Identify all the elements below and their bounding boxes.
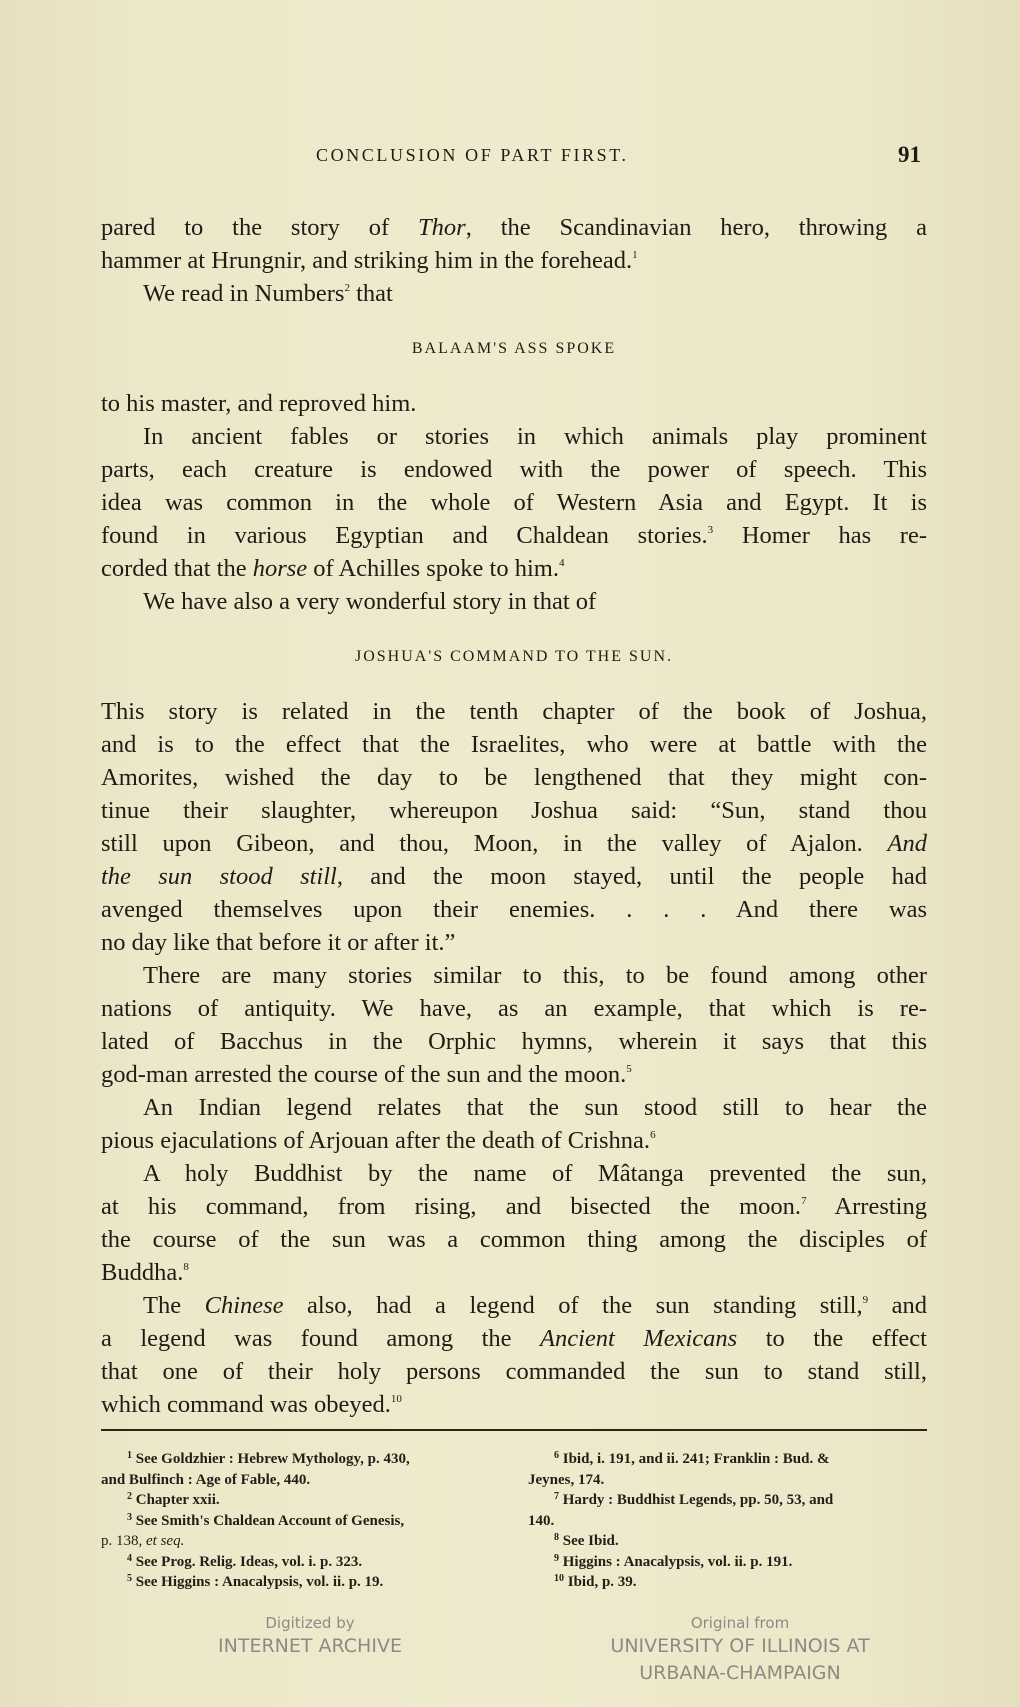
footnote-7: 7 Hardy : Buddhist Legends, pp. 50, 53, … bbox=[528, 1490, 927, 1511]
text-line: which command was obeyed.10 bbox=[101, 1388, 927, 1421]
footnote-ref: 8 bbox=[183, 1261, 189, 1273]
text-line: god-man arrested the course of the sun a… bbox=[101, 1058, 927, 1091]
text-line: still upon Gibeon, and thou, Moon, in th… bbox=[101, 827, 927, 860]
section-heading-balaam: BALAAM'S ASS SPOKE bbox=[101, 332, 927, 365]
text-line: to his master, and reproved him. bbox=[101, 387, 927, 420]
text-line: nations of antiquity. We have, as an exa… bbox=[101, 992, 927, 1025]
text-line: There are many stories similar to this, … bbox=[101, 959, 927, 992]
footnote-ref: 4 bbox=[559, 557, 565, 569]
text-line: at his command, from rising, and bisecte… bbox=[101, 1190, 927, 1223]
footnote-divider bbox=[101, 1429, 927, 1431]
text-line: no day like that before it or after it.” bbox=[101, 926, 927, 959]
footnote-ref: 1 bbox=[632, 249, 638, 261]
text-line: A holy Buddhist by the name of Mâtanga p… bbox=[101, 1157, 927, 1190]
footnote-6: 6 Ibid, i. 191, and ii. 241; Franklin : … bbox=[528, 1449, 927, 1470]
text-line: hammer at Hrungnir, and striking him in … bbox=[101, 244, 927, 277]
text-line: parts, each creature is endowed with the… bbox=[101, 453, 927, 486]
text-line: found in various Egyptian and Chaldean s… bbox=[101, 519, 927, 552]
text-line: corded that the horse of Achilles spoke … bbox=[101, 552, 927, 585]
running-title: CONCLUSION OF PART FIRST. bbox=[316, 145, 629, 166]
text-line: In ancient fables or stories in which an… bbox=[101, 420, 927, 453]
text-line: pious ejaculations of Arjouan after the … bbox=[101, 1124, 927, 1157]
footnote-ref: 5 bbox=[626, 1063, 632, 1075]
text-line: idea was common in the whole of Western … bbox=[101, 486, 927, 519]
page-number: 91 bbox=[898, 142, 921, 168]
text-line: We have also a very wonderful story in t… bbox=[101, 585, 927, 618]
footnote-ref: 6 bbox=[650, 1129, 656, 1141]
footnote-1: 1 See Goldzhier : Hebrew Mythology, p. 4… bbox=[101, 1449, 493, 1470]
text-line: that one of their holy persons commanded… bbox=[101, 1355, 927, 1388]
text-line: lated of Bacchus in the Orphic hymns, wh… bbox=[101, 1025, 927, 1058]
watermark-original-from: Original from UNIVERSITY OF ILLINOIS AT … bbox=[560, 1613, 920, 1687]
text-line: the course of the sun was a common thing… bbox=[101, 1223, 927, 1256]
footnote-5: 5 See Higgins : Anacalypsis, vol. ii. p.… bbox=[101, 1572, 493, 1593]
footnote-7-cont: 140. bbox=[528, 1511, 927, 1532]
text-line: This story is related in the tenth chapt… bbox=[101, 695, 927, 728]
footnote-1-cont: and Bulfinch : Age of Fable, 440. bbox=[101, 1470, 493, 1491]
text-line: and is to the effect that the Israelites… bbox=[101, 728, 927, 761]
text-line: pared to the story of Thor, the Scandina… bbox=[101, 211, 927, 244]
footnotes-right-column: 6 Ibid, i. 191, and ii. 241; Franklin : … bbox=[528, 1449, 927, 1593]
text-line: avenged themselves upon their enemies. .… bbox=[101, 893, 927, 926]
watermark-digitized-by: Digitized by INTERNET ARCHIVE bbox=[160, 1613, 460, 1660]
text-line: tinue their slaughter, whereupon Joshua … bbox=[101, 794, 927, 827]
section-heading-joshua: JOSHUA'S COMMAND TO THE SUN. bbox=[101, 640, 927, 673]
footnotes-left-column: 1 See Goldzhier : Hebrew Mythology, p. 4… bbox=[101, 1449, 493, 1593]
text-line: The Chinese also, had a legend of the su… bbox=[101, 1289, 927, 1322]
text-line: An Indian legend relates that the sun st… bbox=[101, 1091, 927, 1124]
text-line: We read in Numbers2 that bbox=[101, 277, 927, 310]
footnote-2: 2 Chapter xxii. bbox=[101, 1490, 493, 1511]
running-header: CONCLUSION OF PART FIRST. 91 bbox=[0, 145, 1020, 175]
body-text: pared to the story of Thor, the Scandina… bbox=[101, 211, 927, 1421]
footnote-9: 9 Higgins : Anacalypsis, vol. ii. p. 191… bbox=[528, 1552, 927, 1573]
text-line: Buddha.8 bbox=[101, 1256, 927, 1289]
footnote-3-cont: p. 138, et seq. bbox=[101, 1531, 493, 1552]
footnote-6-cont: Jeynes, 174. bbox=[528, 1470, 927, 1491]
footnote-4: 4 See Prog. Relig. Ideas, vol. i. p. 323… bbox=[101, 1552, 493, 1573]
footnote-8: 8 See Ibid. bbox=[528, 1531, 927, 1552]
text-line: Amorites, wished the day to be lengthene… bbox=[101, 761, 927, 794]
footnote-3: 3 See Smith's Chaldean Account of Genesi… bbox=[101, 1511, 493, 1532]
text-line: a legend was found among the Ancient Mex… bbox=[101, 1322, 927, 1355]
text-line: the sun stood still, and the moon stayed… bbox=[101, 860, 927, 893]
footnote-10: 10 Ibid, p. 39. bbox=[528, 1572, 927, 1593]
footnote-ref: 10 bbox=[391, 1393, 402, 1405]
